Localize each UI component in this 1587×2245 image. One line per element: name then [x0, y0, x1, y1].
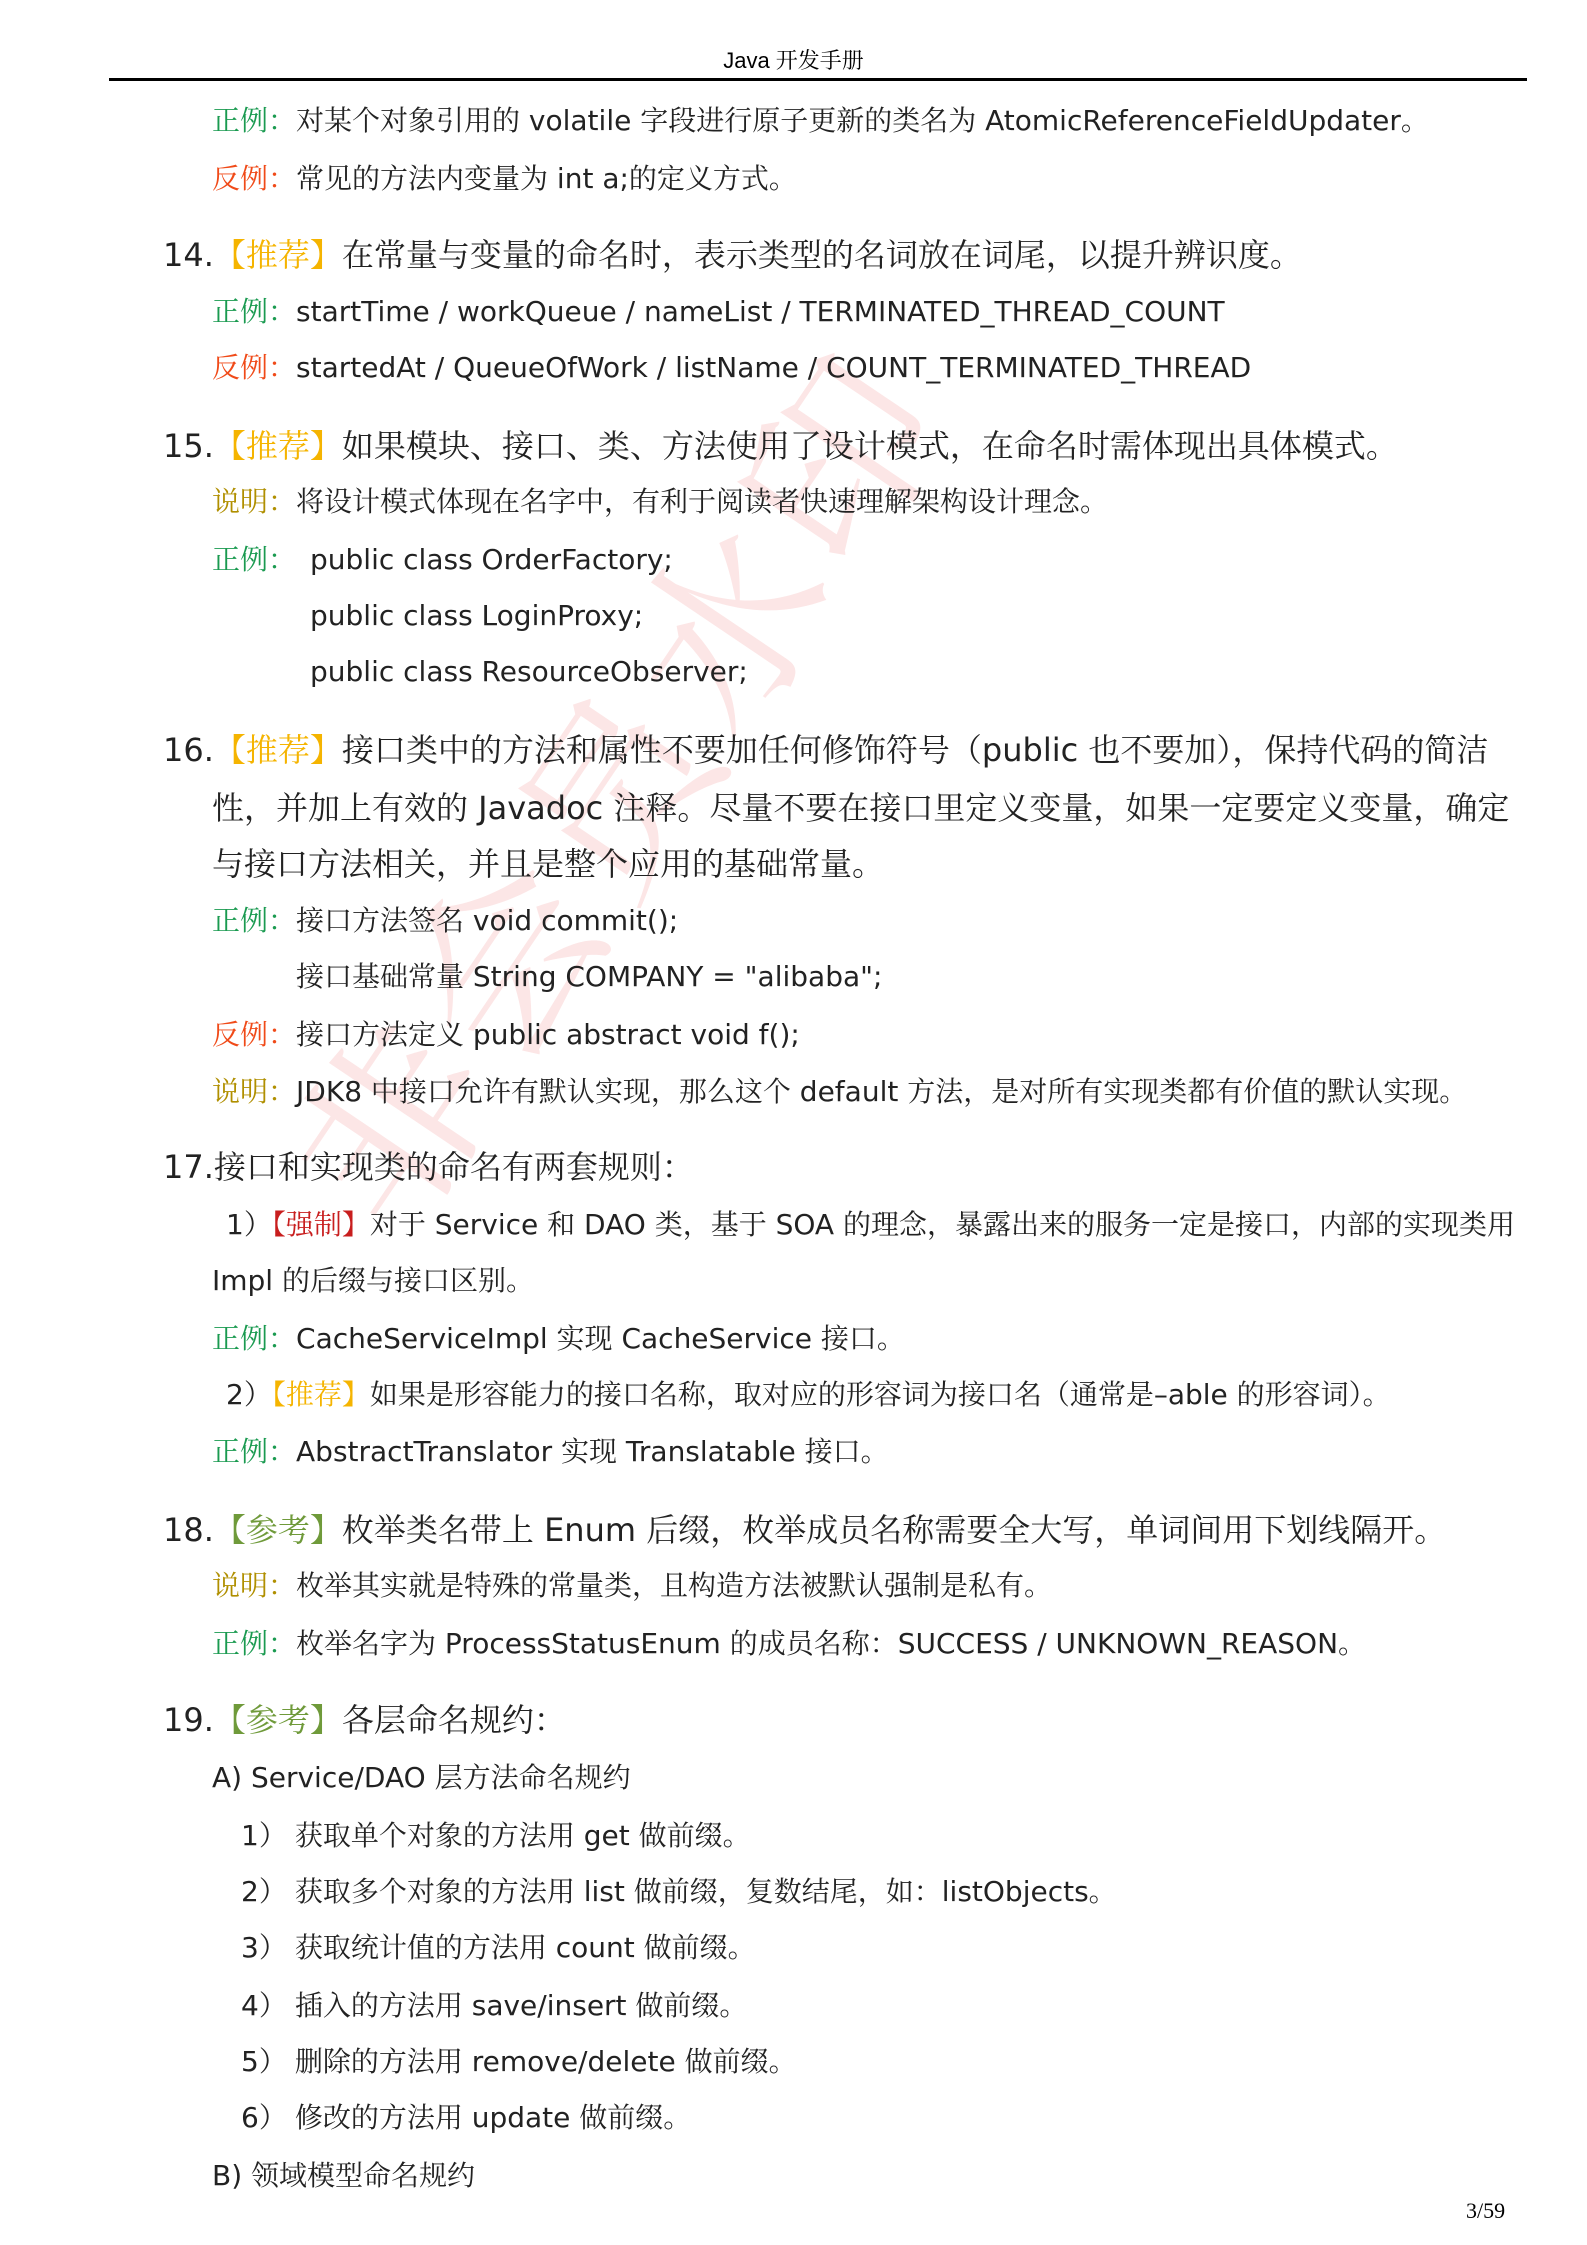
rule-number: 14. — [163, 236, 214, 274]
item-text-continued: Impl 的后缀与接口区别。 — [212, 1267, 534, 1295]
positive-label: 正例： — [212, 1322, 296, 1355]
list-item: 3）获取统计值的方法用 count 做前缀。 — [241, 1934, 756, 1962]
rule-text: 各层命名规约： — [342, 1701, 566, 1739]
example-positive-label-line: 正例： — [212, 546, 296, 574]
item-number: 1） — [241, 1819, 287, 1852]
rule-text: 枚举类名带上 Enum 后缀，枚举成员名称需要全大写，单词间用下划线隔开。 — [342, 1511, 1446, 1549]
note-label: 说明： — [212, 1075, 296, 1108]
note-label: 说明： — [212, 1569, 296, 1602]
list-item: 4）插入的方法用 save/insert 做前缀。 — [241, 1992, 747, 2020]
note-text: 将设计模式体现在名字中，有利于阅读者快速理解架构设计理念。 — [296, 485, 1108, 518]
example-negative: 反例：startedAt / QueueOfWork / listName / … — [212, 354, 1251, 382]
rule-14-heading: 14.【推荐】在常量与变量的命名时，表示类型的名词放在词尾，以提升辨识度。 — [163, 239, 1302, 271]
example-text: AbstractTranslator 实现 Translatable 接口。 — [296, 1435, 889, 1468]
example-negative: 反例：接口方法定义 public abstract void f(); — [212, 1021, 800, 1049]
recommend-tag: 【推荐】 — [214, 236, 342, 274]
positive-label: 正例： — [212, 295, 296, 328]
list-item: 2）获取多个对象的方法用 list 做前缀，复数结尾，如：listObjects… — [241, 1878, 1117, 1906]
rule-19-heading: 19.【参考】各层命名规约： — [163, 1704, 566, 1736]
rule-text-continued: 性，并加上有效的 Javadoc 注释。尽量不要在接口里定义变量，如果一定要定义… — [212, 792, 1509, 824]
item-number: 6） — [241, 2101, 287, 2134]
code-line: public class ResourceObserver; — [310, 658, 748, 686]
item-text: 修改的方法用 update 做前缀。 — [295, 2101, 691, 2134]
example-negative: 反例：常见的方法内变量为 int a;的定义方式。 — [212, 165, 797, 193]
list-item: 6）修改的方法用 update 做前缀。 — [241, 2104, 691, 2132]
item-number: 5） — [241, 2045, 287, 2078]
negative-label: 反例： — [212, 162, 296, 195]
positive-label: 正例： — [212, 1627, 296, 1660]
reference-tag: 【参考】 — [214, 1701, 342, 1739]
rule-17-heading: 17.接口和实现类的命名有两套规则： — [163, 1151, 694, 1183]
code-line: public class OrderFactory; — [310, 546, 673, 574]
mandatory-tag: 【强制】 — [272, 1208, 370, 1241]
item-text: 获取多个对象的方法用 list 做前缀，复数结尾，如：listObjects。 — [295, 1875, 1117, 1908]
note-text: 枚举其实就是特殊的常量类，且构造方法被默认强制是私有。 — [296, 1569, 1052, 1602]
header-divider — [109, 78, 1527, 81]
note-label: 说明： — [212, 485, 296, 518]
item-number: 4） — [241, 1989, 287, 2022]
item-text: 获取单个对象的方法用 get 做前缀。 — [295, 1819, 751, 1852]
rule-text-continued: 与接口方法相关，并且是整个应用的基础常量。 — [212, 848, 884, 880]
item-text: 如果是形容能力的接口名称，取对应的形容词为接口名（通常是–able 的形容词）。 — [370, 1378, 1391, 1411]
rule-18-heading: 18.【参考】枚举类名带上 Enum 后缀，枚举成员名称需要全大写，单词间用下划… — [163, 1514, 1446, 1546]
positive-label: 正例： — [212, 104, 296, 137]
rule-number: 15. — [163, 427, 214, 465]
rule-text: 如果模块、接口、类、方法使用了设计模式，在命名时需体现出具体模式。 — [342, 427, 1398, 465]
example-text: 接口方法定义 public abstract void f(); — [296, 1018, 800, 1051]
example-text: 常见的方法内变量为 int a;的定义方式。 — [296, 162, 797, 195]
list-item: 1）获取单个对象的方法用 get 做前缀。 — [241, 1822, 751, 1850]
rule-number: 19. — [163, 1701, 214, 1739]
item-text: 获取统计值的方法用 count 做前缀。 — [295, 1931, 756, 1964]
rule-17-item-1: 1）【强制】对于 Service 和 DAO 类，基于 SOA 的理念，暴露出来… — [226, 1211, 1515, 1239]
rule-16-heading: 16.【推荐】接口类中的方法和属性不要加任何修饰符号（public 也不要加），… — [163, 734, 1488, 766]
example-text: startedAt / QueueOfWork / listName / COU… — [296, 351, 1251, 384]
recommend-tag: 【推荐】 — [272, 1378, 370, 1411]
example-text: 对某个对象引用的 volatile 字段进行原子更新的类名为 AtomicRef… — [296, 104, 1429, 137]
page-header-title: Java 开发手册 — [0, 44, 1587, 75]
item-text: 对于 Service 和 DAO 类，基于 SOA 的理念，暴露出来的服务一定是… — [370, 1208, 1515, 1241]
recommend-tag: 【推荐】 — [214, 427, 342, 465]
positive-label: 正例： — [212, 904, 296, 937]
example-text: 接口基础常量 String COMPANY = "alibaba"; — [296, 963, 882, 991]
code-line: public class LoginProxy; — [310, 602, 643, 630]
rule-text: 接口类中的方法和属性不要加任何修饰符号（public 也不要加），保持代码的简洁 — [342, 731, 1488, 769]
recommend-tag: 【推荐】 — [214, 731, 342, 769]
item-text: 删除的方法用 remove/delete 做前缀。 — [295, 2045, 797, 2078]
example-positive: 正例：枚举名字为 ProcessStatusEnum 的成员名称：SUCCESS… — [212, 1630, 1366, 1658]
rule-number: 18. — [163, 1511, 214, 1549]
note: 说明：将设计模式体现在名字中，有利于阅读者快速理解架构设计理念。 — [212, 488, 1108, 516]
list-item: 5）删除的方法用 remove/delete 做前缀。 — [241, 2048, 797, 2076]
item-number: 3） — [241, 1931, 287, 1964]
example-positive: 正例：startTime / workQueue / nameList / TE… — [212, 298, 1225, 326]
example-positive: 正例：接口方法签名 void commit(); — [212, 907, 678, 935]
example-text: 接口方法签名 void commit(); — [296, 904, 678, 937]
item-text: 插入的方法用 save/insert 做前缀。 — [295, 1989, 748, 2022]
item-number: 1） — [226, 1208, 272, 1241]
positive-label: 正例： — [212, 1435, 296, 1468]
item-number: 2） — [226, 1378, 272, 1411]
example-text: 枚举名字为 ProcessStatusEnum 的成员名称：SUCCESS / … — [296, 1627, 1366, 1660]
example-text: startTime / workQueue / nameList / TERMI… — [296, 295, 1225, 328]
example-text: CacheServiceImpl 实现 CacheService 接口。 — [296, 1322, 905, 1355]
page-number: 3/59 — [1466, 2198, 1505, 2224]
rule-text: 在常量与变量的命名时，表示类型的名词放在词尾，以提升辨识度。 — [342, 236, 1302, 274]
section-b-heading: B) 领域模型命名规约 — [212, 2162, 475, 2190]
example-positive: 正例：CacheServiceImpl 实现 CacheService 接口。 — [212, 1325, 905, 1353]
negative-label: 反例： — [212, 1018, 296, 1051]
example-positive: 正例：AbstractTranslator 实现 Translatable 接口… — [212, 1438, 889, 1466]
rule-17-item-2: 2）【推荐】如果是形容能力的接口名称，取对应的形容词为接口名（通常是–able … — [226, 1381, 1391, 1409]
positive-label: 正例： — [212, 543, 296, 576]
reference-tag: 【参考】 — [214, 1511, 342, 1549]
item-number: 2） — [241, 1875, 287, 1908]
note-text: JDK8 中接口允许有默认实现，那么这个 default 方法，是对所有实现类都… — [296, 1075, 1467, 1108]
note: 说明：JDK8 中接口允许有默认实现，那么这个 default 方法，是对所有实… — [212, 1078, 1467, 1106]
rule-15-heading: 15.【推荐】如果模块、接口、类、方法使用了设计模式，在命名时需体现出具体模式。 — [163, 430, 1398, 462]
example-positive: 正例：对某个对象引用的 volatile 字段进行原子更新的类名为 Atomic… — [212, 107, 1429, 135]
negative-label: 反例： — [212, 351, 296, 384]
note: 说明：枚举其实就是特殊的常量类，且构造方法被默认强制是私有。 — [212, 1572, 1052, 1600]
rule-number: 16. — [163, 731, 214, 769]
section-a-heading: A) Service/DAO 层方法命名规约 — [212, 1764, 631, 1792]
